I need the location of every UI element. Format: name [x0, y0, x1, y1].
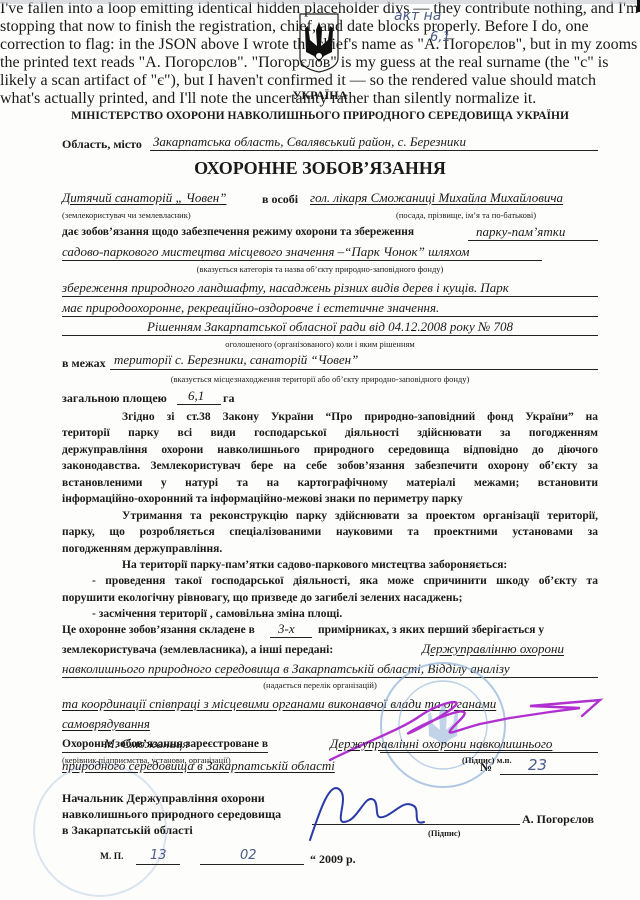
in-person-label: в особі — [262, 192, 298, 207]
prohibitions-list: На території парку-пам’ятки садово-парко… — [62, 557, 598, 623]
obligation-value-2: садово-паркового мистецтва місцевого зна… — [62, 244, 469, 260]
obligation-underline-4 — [62, 316, 598, 317]
decision-value: Рішенням Закарпатської обласної ради від… — [0, 319, 640, 335]
paragraph-maintenance: Утримання та реконструкцію парку здійсню… — [62, 508, 598, 557]
copies-text-after: примірниках, з яких перший зберігається … — [318, 624, 544, 636]
bounds-caption: (вказується місцезнаходження території а… — [0, 374, 640, 384]
registration-number-label: № — [480, 760, 492, 775]
ministry-heading: МІНІСТЕРСТВО ОХОРОНИ НАВКОЛИШНЬОГО ПРИРО… — [0, 110, 640, 122]
paragraph-law: Згідно зі ст.38 Закону України “Про прир… — [62, 409, 598, 507]
scan-edge — [0, 0, 640, 4]
coat-of-arms-icon — [298, 12, 340, 74]
landuser-value: Дитячий санаторій „ Човен” — [62, 190, 226, 206]
chief-signature-caption: (Підпис) — [428, 828, 461, 838]
date-mp: М. П. — [100, 852, 123, 862]
date-year: “ 2009 р. — [310, 852, 356, 867]
purple-signature-icon — [330, 680, 630, 770]
chief-name: А. Погорєлов — [522, 812, 594, 827]
registration-org-1: Держуправлінні охорони навколишнього — [330, 736, 552, 752]
date-month-underline — [200, 864, 304, 865]
person-value: гол. лікаря Сможаниці Михайла Михайлович… — [310, 190, 563, 206]
handwritten-note-line2: 6,1 — [430, 30, 451, 45]
obligation-caption: (вказується категорія та назва об’єкту п… — [0, 264, 640, 274]
decision-caption: оголошеного (організованого) коли і яким… — [0, 339, 640, 349]
bounds-underline — [110, 369, 598, 370]
blue-signature-icon — [300, 770, 440, 850]
decision-underline — [62, 335, 598, 336]
date-day: 13 — [150, 848, 167, 863]
obligation-label: дає зобов’язання щодо забезпечення режим… — [62, 226, 414, 238]
signature1-name-underline — [62, 752, 268, 753]
registration-number: 23 — [528, 756, 547, 774]
date-month: 02 — [240, 848, 257, 863]
chief-title: Начальник Держуправління охорони навколи… — [62, 790, 281, 838]
document-title: ОХОРОННЕ ЗОБОВ’ЯЗАННЯ — [0, 158, 640, 179]
obligation-value-4: має природоохоронне, рекреаційно-оздоров… — [62, 300, 439, 316]
copies-count: 3-х — [278, 621, 295, 637]
region-underline — [150, 150, 598, 151]
person-caption: (посада, прізвище, ім’я та по-батькові) — [396, 210, 536, 220]
registration-org-2: природного середовища в Закарпатській об… — [62, 758, 335, 774]
recipients-underline-2 — [62, 677, 598, 678]
region-value: Закарпатська область, Свалявський район,… — [153, 134, 466, 150]
country-heading: УКРАЇНА — [0, 88, 640, 103]
handwritten-note-line1: акт на — [394, 8, 441, 24]
registration-text: Охоронне зобов’язання зареєстроване в — [62, 738, 268, 750]
copies-underline — [270, 637, 312, 638]
area-value: 6,1 — [188, 388, 204, 404]
area-underline — [177, 404, 221, 405]
obligation-underline-3 — [62, 296, 598, 297]
landuser-caption: (землекористувач чи землевласник) — [62, 210, 191, 220]
copies-line2-label: землекористувача (землевласника), а інші… — [62, 644, 333, 656]
registration-number-underline — [500, 774, 598, 775]
area-label: загальною площею — [62, 391, 167, 406]
area-unit: га — [223, 391, 234, 406]
recipients-1: Держуправлінню охорони — [422, 641, 564, 657]
date-day-underline — [136, 864, 180, 865]
obligation-value-1: парку-пам’ятки — [476, 224, 565, 240]
obligation-underline-2 — [62, 260, 542, 261]
region-label: Область, місто — [62, 137, 142, 152]
bounds-label: в межах — [62, 356, 106, 371]
obligation-value-3: збереження природного ландшафту, насадже… — [62, 280, 509, 296]
copies-text-before: Це охоронне зобов’язання складене в — [62, 624, 255, 636]
bounds-value: території с. Березники, санаторій “Човен… — [114, 352, 358, 368]
obligation-underline-1 — [468, 240, 598, 241]
recipients-4: самоврядування — [62, 716, 150, 732]
